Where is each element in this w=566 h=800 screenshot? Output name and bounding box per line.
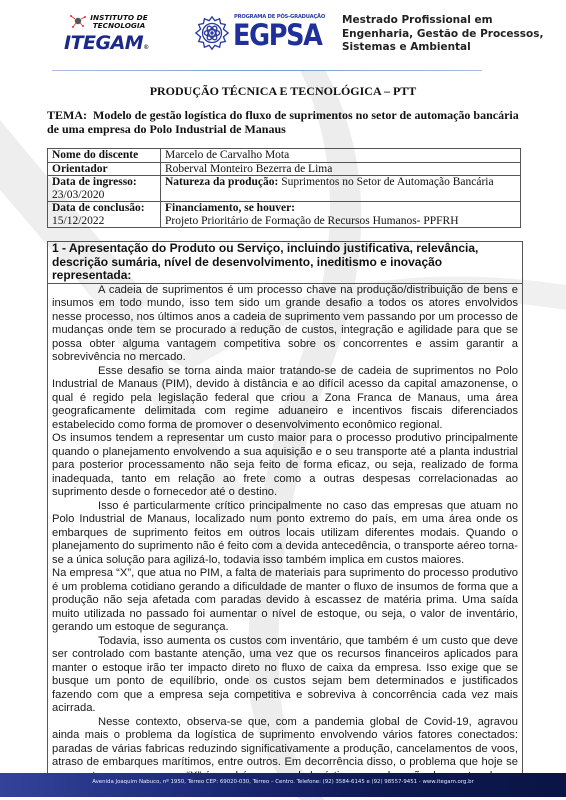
footer-address: Avenida Joaquim Nabuco, nº 1950, Térreo … bbox=[0, 779, 566, 785]
paragraph: Na empresa “X”, que atua no PIM, a falta… bbox=[52, 567, 518, 635]
table-row: Data de ingresso: 23/03/2020 Natureza da… bbox=[48, 176, 521, 202]
nature-value: Suprimentos no Setor de Automação Bancár… bbox=[281, 176, 493, 188]
paragraph: Os insumos tendem a representar um custo… bbox=[52, 432, 518, 500]
entry-date-cell: Data de ingresso: 23/03/2020 bbox=[48, 176, 161, 202]
section-presentation: 1 - Apresentação do Produto ou Serviço, … bbox=[47, 241, 523, 784]
funding-cell: Financiamento, se houver: Projeto Priori… bbox=[161, 202, 521, 228]
student-value: Marcelo de Carvalho Mota bbox=[161, 149, 521, 163]
completion-date-value: 15/12/2022 bbox=[52, 215, 156, 228]
entry-date-label: Data de ingresso: bbox=[52, 176, 156, 189]
table-row: Orientador Roberval Monteiro Bezerra de … bbox=[48, 162, 521, 176]
section-heading: 1 - Apresentação do Produto ou Serviço, … bbox=[48, 242, 522, 284]
section-body: A cadeia de suprimentos é um processo ch… bbox=[48, 284, 522, 784]
paragraph: Isso é particularmente crítico principal… bbox=[52, 500, 518, 568]
document-title: PRODUÇÃO TÉCNICA E TECNOLÓGICA – PTT bbox=[0, 84, 566, 99]
itegam-institute-label: INSTITUTO DE TECNOLOGIA bbox=[90, 14, 148, 29]
table-row: Nome do discente Marcelo de Carvalho Mot… bbox=[48, 149, 521, 163]
itegam-logo: INSTITUTO DE TECNOLOGIA ITEGAM® bbox=[62, 12, 157, 54]
funding-label: Financiamento, se houver: bbox=[165, 202, 516, 215]
page-header: INSTITUTO DE TECNOLOGIA ITEGAM® PROGRAMA… bbox=[0, 0, 566, 75]
gear-atom-icon bbox=[193, 14, 231, 52]
entry-date-value: 23/03/2020 bbox=[52, 189, 156, 202]
header-divider bbox=[52, 70, 482, 71]
advisor-label: Orientador bbox=[48, 162, 161, 176]
paragraph: Todavia, isso aumenta os custos com inve… bbox=[52, 635, 518, 716]
egpsa-logo: PROGRAMA DE PÓS-GRADUAÇÃO EGPSA bbox=[193, 12, 321, 54]
document-theme: TEMA: Modelo de gestão logística do flux… bbox=[47, 109, 527, 136]
itegam-brand: ITEGAM® bbox=[64, 32, 149, 54]
nature-cell: Natureza da produção: Suprimentos no Set… bbox=[161, 176, 521, 202]
completion-date-cell: Data de conclusão: 15/12/2022 bbox=[48, 202, 161, 228]
completion-date-label: Data de conclusão: bbox=[52, 202, 156, 215]
student-label: Nome do discente bbox=[48, 149, 161, 163]
paragraph: Esse desafio se torna ainda maior tratan… bbox=[52, 365, 518, 433]
advisor-value: Roberval Monteiro Bezerra de Lima bbox=[161, 162, 521, 176]
nature-label: Natureza da produção: bbox=[165, 176, 278, 188]
egpsa-brand: EGPSA bbox=[233, 19, 322, 51]
paragraph: A cadeia de suprimentos é um processo ch… bbox=[52, 284, 518, 365]
funding-value: Projeto Prioritário de Formação de Recur… bbox=[165, 215, 516, 228]
program-title: Mestrado Profissional em Engenharia, Ges… bbox=[342, 14, 543, 55]
student-info-table: Nome do discente Marcelo de Carvalho Mot… bbox=[47, 148, 521, 228]
table-row: Data de conclusão: 15/12/2022 Financiame… bbox=[48, 202, 521, 228]
page-footer: Avenida Joaquim Nabuco, nº 1950, Térreo … bbox=[0, 773, 566, 797]
atom-icon bbox=[70, 14, 86, 28]
